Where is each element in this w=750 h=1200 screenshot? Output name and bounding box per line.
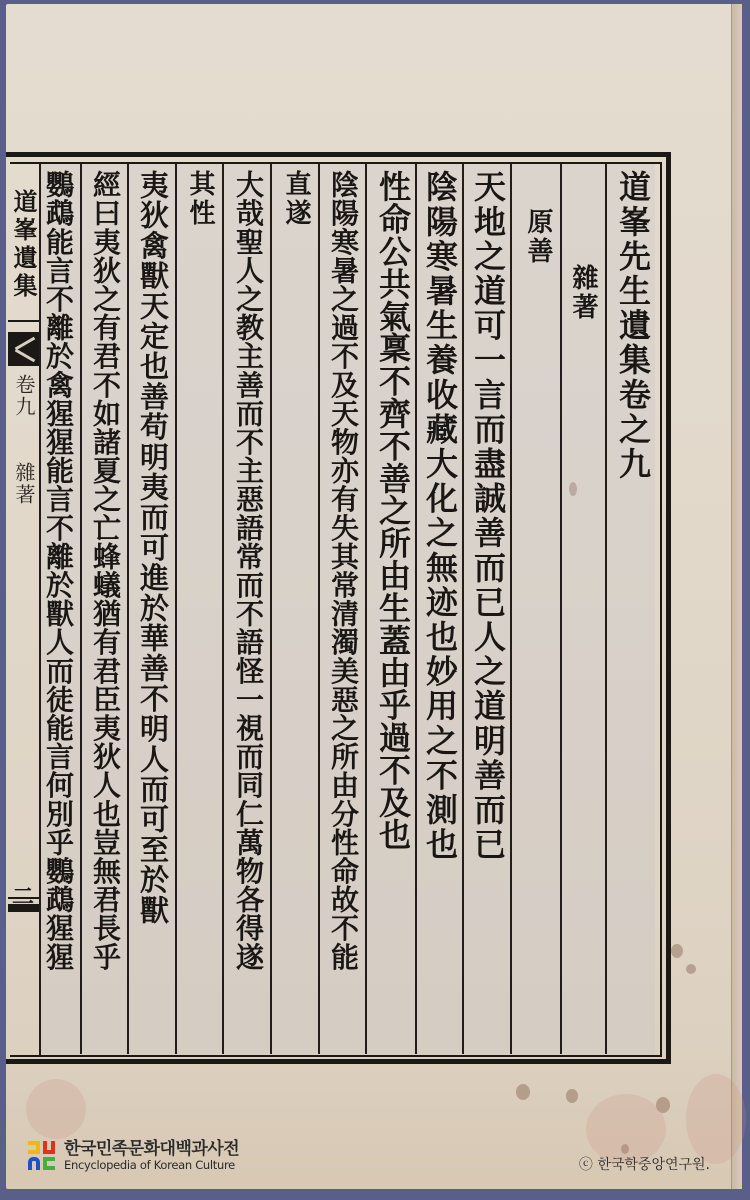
book-title: 道峯先生遺集卷之九 — [607, 170, 655, 481]
text-line: 陰陽寒暑之過不及天物亦有失其常清濁美惡之所由分性命故不能 — [320, 170, 365, 971]
copyright-notice: ⓒ 한국학중앙연구원. — [579, 1154, 710, 1174]
logo-english-text: Encyclopedia of Korean Culture — [64, 1158, 239, 1172]
column-text: 陰陽寒暑之過不及天物亦有失其常清濁美惡之所由分性命故不能 — [318, 164, 365, 1054]
text-line: 鸚鵡能言不離於禽猩猩能言不離於獸人而徒能言何別乎鸚鵡猩猩 — [41, 170, 80, 971]
stain — [686, 1074, 746, 1164]
column-text: 陰陽寒暑生養收藏大化之無迹也妙用之不測也 — [415, 164, 462, 1054]
column-section-heading: 雜著 — [560, 164, 605, 1054]
column-text: 其性 — [175, 164, 222, 1054]
text-line: 經曰夷狄之有君不如諸夏之亡蜂蟻猶有君臣夷狄人也豈無君長乎 — [82, 170, 127, 971]
column-text: 直遂 — [270, 164, 318, 1054]
fold-divider — [8, 897, 39, 899]
text-line: 其性 — [177, 170, 222, 228]
stain — [26, 1079, 86, 1139]
section-heading: 雜著 — [562, 264, 605, 322]
text-line: 夷狄禽獸天定也善苟明夷而可進於華善不明人而可至於獸 — [129, 170, 175, 925]
column-book-title: 道峯先生遺集卷之九 — [605, 164, 655, 1054]
logo-korean-text: 한국민족문화대백과사전 — [64, 1140, 239, 1158]
text-line: 大哉聖人之教主善而不主惡語常而不語怪一視而同仁萬物各得遂 — [224, 170, 270, 971]
text-line: 天地之道可一言而盡誠善而已人之道明善而已 — [464, 170, 510, 862]
stain — [566, 1089, 578, 1103]
fold-section: 雜著 — [10, 462, 39, 506]
column-essay-title: 原善 — [510, 164, 560, 1054]
column-text: 鸚鵡能言不離於禽猩猩能言不離於獸人而徒能言何別乎鸚鵡猩猩 — [39, 164, 80, 1054]
column-text: 天地之道可一言而盡誠善而已人之道明善而已 — [462, 164, 510, 1054]
fold-divider — [8, 904, 39, 912]
stain — [686, 964, 696, 974]
fish-tail-ornament-icon — [8, 332, 39, 366]
encyclopedia-logo: 한국민족문화대백과사전 Encyclopedia of Korean Cultu… — [28, 1140, 239, 1172]
text-line: 直遂 — [272, 170, 318, 228]
text-line: 性命公共氣稟不齊不善之所由生蓋由乎過不及也 — [367, 170, 415, 850]
essay-title: 原善 — [512, 208, 560, 266]
book-page: 道峯遺集 卷九 雜著 二 道峯先生遺集卷之九 雜著 原善 天地之道可一言而盡誠善… — [6, 4, 742, 1189]
stain — [671, 944, 683, 958]
fold-title: 道峯遺集 — [8, 170, 39, 322]
fold-volume: 卷九 — [10, 374, 39, 418]
column-text: 性命公共氣稟不齊不善之所由生蓋由乎過不及也 — [365, 164, 415, 1054]
logo-mark-icon — [28, 1141, 58, 1171]
page-edge — [731, 4, 742, 1189]
column-text: 經曰夷狄之有君不如諸夏之亡蜂蟻猶有君臣夷狄人也豈無君長乎 — [80, 164, 127, 1054]
column-text: 夷狄禽獸天定也善苟明夷而可進於華善不明人而可至於獸 — [127, 164, 175, 1054]
stain — [516, 1084, 530, 1100]
text-line: 陰陽寒暑生養收藏大化之無迹也妙用之不測也 — [417, 170, 462, 862]
column-text: 大哉聖人之教主善而不主惡語常而不語怪一視而同仁萬物各得遂 — [222, 164, 270, 1054]
